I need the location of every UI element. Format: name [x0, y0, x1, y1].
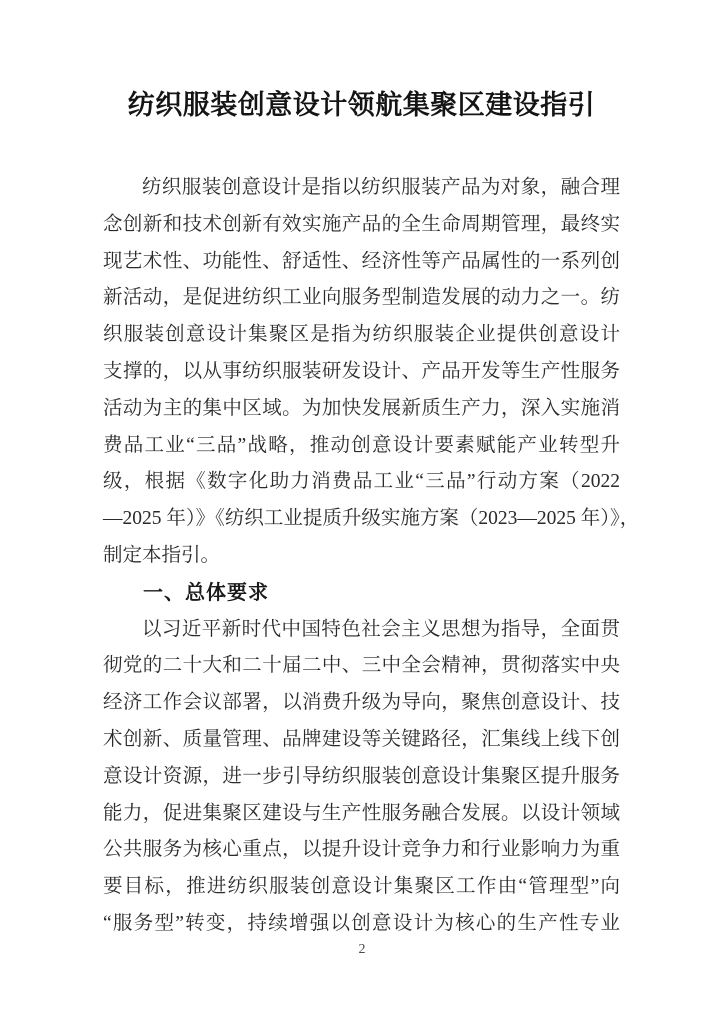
- text-line: 织服装创意设计集聚区是指为纺织服装企业提供创意设计: [103, 317, 620, 354]
- text-line: 能力，促进集聚区建设与生产性服务融合发展。以设计领域: [103, 796, 620, 833]
- section-heading: 一、总体要求: [103, 575, 620, 612]
- text-line: 彻党的二十大和二十届二中、三中全会精神，贯彻落实中央: [103, 648, 620, 685]
- text-line: 新活动，是促进纺织工业向服务型制造发展的动力之一。纺: [103, 280, 620, 317]
- text-line: 费品工业“三品”战略，推动创意设计要素赋能产业转型升: [103, 428, 620, 465]
- text-line: 支撑的，以从事纺织服装研发设计、产品开发等生产性服务: [103, 354, 620, 391]
- intro-paragraph: 纺织服装创意设计是指以纺织服装产品为对象，融合理念创新和技术创新有效实施产品的全…: [103, 170, 620, 575]
- text-line: 术创新、质量管理、品牌建设等关键路径，汇集线上线下创: [103, 722, 620, 759]
- text-line: 活动为主的集中区域。为加快发展新质生产力，深入实施消: [103, 391, 620, 428]
- text-line: —2025 年）》《纺织工业提质升级实施方案（2023—2025 年）》，: [103, 501, 620, 538]
- text-line: 级，根据《数字化助力消费品工业“三品”行动方案（2022: [103, 464, 620, 501]
- document-title: 纺织服装创意设计领航集聚区建设指引: [103, 0, 620, 122]
- page-number: 2: [0, 942, 724, 958]
- text-line: 以习近平新时代中国特色社会主义思想为指导，全面贯: [103, 612, 620, 649]
- text-line: 纺织服装创意设计是指以纺织服装产品为对象，融合理: [103, 170, 620, 207]
- text-line: 念创新和技术创新有效实施产品的全生命周期管理，最终实: [103, 207, 620, 244]
- text-line: 要目标，推进纺织服装创意设计集聚区工作由“管理型”向: [103, 869, 620, 906]
- text-line: “服务型”转变，持续增强以创意设计为核心的生产性专业: [103, 906, 620, 943]
- text-line: 公共服务为核心重点，以提升设计竞争力和行业影响力为重: [103, 832, 620, 869]
- text-line: 经济工作会议部署，以消费升级为导向，聚焦创意设计、技: [103, 685, 620, 722]
- document-page: 纺织服装创意设计领航集聚区建设指引 纺织服装创意设计是指以纺织服装产品为对象，融…: [0, 0, 724, 1024]
- text-line: 制定本指引。: [103, 538, 620, 575]
- section-paragraph: 以习近平新时代中国特色社会主义思想为指导，全面贯彻党的二十大和二十届二中、三中全…: [103, 612, 620, 943]
- text-line: 意设计资源，进一步引导纺织服装创意设计集聚区提升服务: [103, 759, 620, 796]
- text-line: 现艺术性、功能性、舒适性、经济性等产品属性的一系列创: [103, 244, 620, 281]
